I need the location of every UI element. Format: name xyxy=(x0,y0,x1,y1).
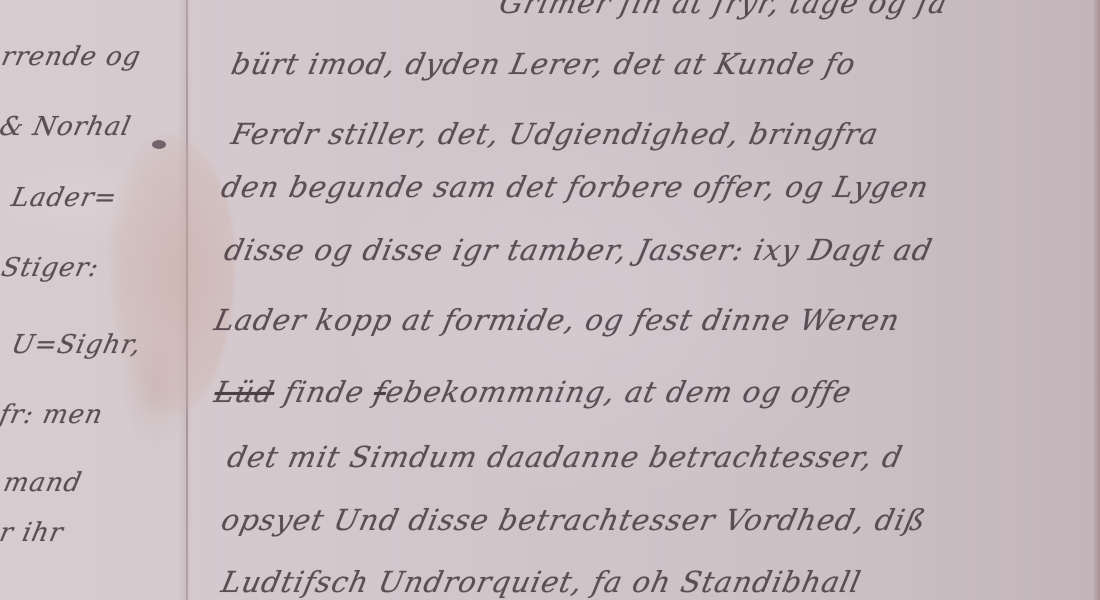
margin-line-6: fr: men xyxy=(0,400,106,430)
text-line-6-row: Lüd finde febekommning, at dem og offe xyxy=(211,375,855,409)
text-line-0: Grimer fin at fryr, tage og fa xyxy=(496,0,951,20)
struck-word: Lüd xyxy=(211,375,278,409)
text-line-4: disse og disse igr tamber, Jasser: ixy D… xyxy=(221,233,935,267)
page-edge xyxy=(1094,0,1100,600)
margin-line-1: rrende og xyxy=(0,42,144,72)
text-line-10: Ludtifsch Undrorquiet, fa oh Standibhall xyxy=(218,565,864,599)
ink-blot xyxy=(152,140,166,149)
margin-line-3: Lader= xyxy=(9,183,120,213)
text-line-3: den begunde sam det forbere offer, og Ly… xyxy=(218,170,932,204)
margin-line-5: U=Sighr, xyxy=(9,330,144,360)
text-line-8: det mit Simdum daadanne betrachtesser, d xyxy=(224,440,906,474)
text-line-1: bürt imod, dyden Lerer, det at Kunde fo xyxy=(228,47,859,81)
margin-line-7: mand xyxy=(1,468,85,498)
margin-line-8: r ihr xyxy=(0,518,66,548)
text-line-6a: finde xyxy=(281,375,368,409)
text-line-9: opsyet Und disse betrachtesser Vordhed, … xyxy=(218,503,929,537)
text-line-6b: ebekommning, at dem og offe xyxy=(382,375,855,409)
text-line-5: Lader kopp at formide, og fest dinne Wer… xyxy=(211,303,903,337)
margin-line-2: & Norhal xyxy=(0,112,134,142)
text-line-2: Ferdr stiller, det, Udgiendighed, bringf… xyxy=(228,117,882,151)
margin-line-4: Stiger: xyxy=(0,253,102,283)
